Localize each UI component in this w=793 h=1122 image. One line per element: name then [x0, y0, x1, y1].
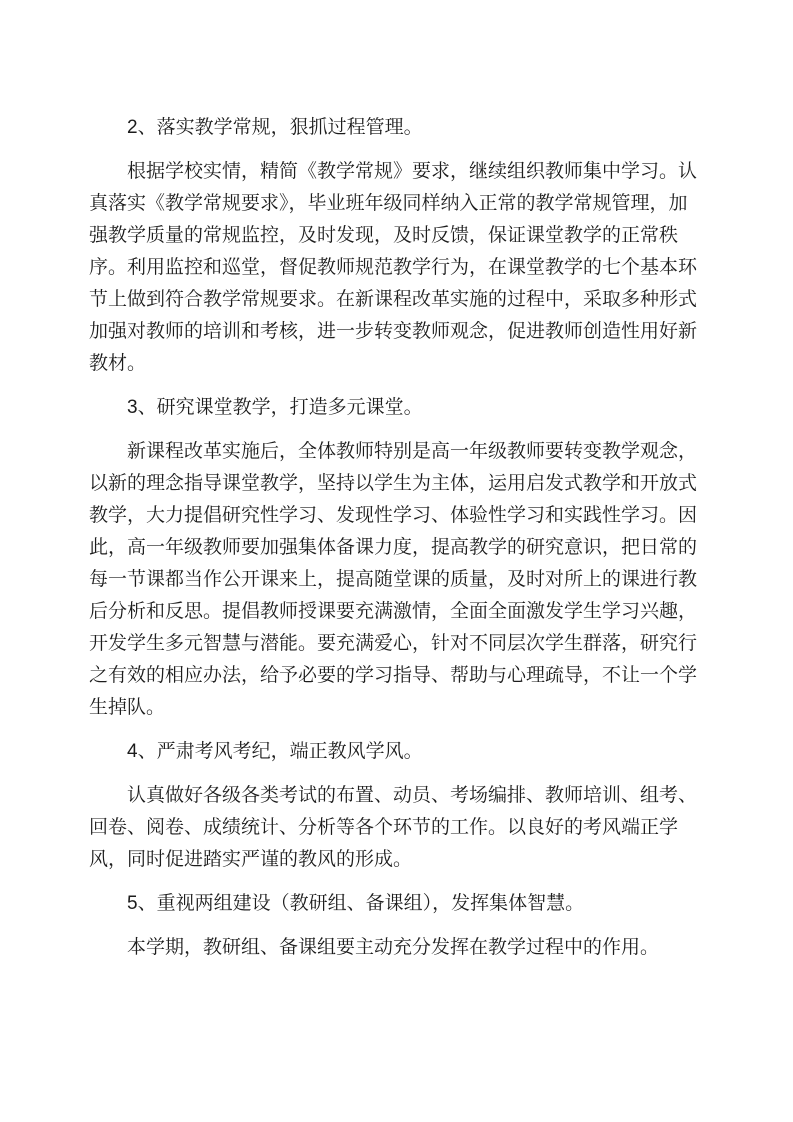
text-line: 以新的理念指导课堂教学，坚持以学生为主体，运用启发式教学和开放式: [89, 468, 703, 500]
document-section: 3、研究课堂教学，打造多元课堂。新课程改革实施后，全体教师特别是高一年级教师要转…: [89, 392, 703, 724]
text-line: 教学，大力提倡研究性学习、发现性学习、体验性学习和实践性学习。因: [89, 500, 703, 532]
document-page: 2、落实教学常规，狠抓过程管理。根据学校实情，精简《教学常规》要求，继续组织教师…: [0, 0, 793, 1122]
text-line: 教材。: [89, 348, 703, 380]
text-line: 真落实《教学常规要求》，毕业班年级同样纳入正常的教学常规管理，加: [89, 188, 703, 220]
section-heading: 3、研究课堂教学，打造多元课堂。: [89, 392, 703, 424]
text-line: 回卷、阅卷、成绩统计、分析等各个环节的工作。以良好的考风端正学: [89, 812, 703, 844]
section-heading: 4、严肃考风考纪，端正教风学风。: [89, 736, 703, 768]
text-line: 节上做到符合教学常规要求。在新课程改革实施的过程中，采取多种形式: [89, 284, 703, 316]
text-line: 新课程改革实施后，全体教师特别是高一年级教师要转变教学观念，: [89, 436, 703, 468]
text-line: 开发学生多元智慧与潜能。要充满爱心，针对不同层次学生群落，研究行: [89, 628, 703, 660]
paragraph: 新课程改革实施后，全体教师特别是高一年级教师要转变教学观念，以新的理念指导课堂教…: [89, 436, 703, 724]
text-line: 根据学校实情，精简《教学常规》要求，继续组织教师集中学习。认: [89, 156, 703, 188]
paragraph: 根据学校实情，精简《教学常规》要求，继续组织教师集中学习。认真落实《教学常规要求…: [89, 156, 703, 380]
text-line: 之有效的相应办法，给予必要的学习指导、帮助与心理疏导，不让一个学: [89, 660, 703, 692]
document-section: 5、重视两组建设（教研组、备课组），发挥集体智慧。本学期，教研组、备课组要主动充…: [89, 888, 703, 964]
text-line: 后分析和反思。提倡教师授课要充满激情，全面全面激发学生学习兴趣，: [89, 596, 703, 628]
text-line: 此，高一年级教师要加强集体备课力度，提高教学的研究意识，把日常的: [89, 532, 703, 564]
text-line: 序。利用监控和巡堂，督促教师规范教学行为，在课堂教学的七个基本环: [89, 252, 703, 284]
text-line: 加强对教师的培训和考核，进一步转变教师观念，促进教师创造性用好新: [89, 316, 703, 348]
section-heading: 5、重视两组建设（教研组、备课组），发挥集体智慧。: [89, 888, 703, 920]
paragraph: 本学期，教研组、备课组要主动充分发挥在教学过程中的作用。: [89, 932, 703, 964]
text-line: 生掉队。: [89, 692, 703, 724]
text-line: 认真做好各级各类考试的布置、动员、考场编排、教师培训、组考、: [89, 780, 703, 812]
paragraph: 认真做好各级各类考试的布置、动员、考场编排、教师培训、组考、回卷、阅卷、成绩统计…: [89, 780, 703, 876]
document-section: 2、落实教学常规，狠抓过程管理。根据学校实情，精简《教学常规》要求，继续组织教师…: [89, 112, 703, 380]
text-line: 风，同时促进踏实严谨的教风的形成。: [89, 844, 703, 876]
text-line: 每一节课都当作公开课来上，提高随堂课的质量，及时对所上的课进行教: [89, 564, 703, 596]
text-line: 本学期，教研组、备课组要主动充分发挥在教学过程中的作用。: [89, 932, 703, 964]
document-content: 2、落实教学常规，狠抓过程管理。根据学校实情，精简《教学常规》要求，继续组织教师…: [89, 112, 703, 976]
document-section: 4、严肃考风考纪，端正教风学风。认真做好各级各类考试的布置、动员、考场编排、教师…: [89, 736, 703, 876]
text-line: 强教学质量的常规监控，及时发现，及时反馈，保证课堂教学的正常秩: [89, 220, 703, 252]
section-heading: 2、落实教学常规，狠抓过程管理。: [89, 112, 703, 144]
